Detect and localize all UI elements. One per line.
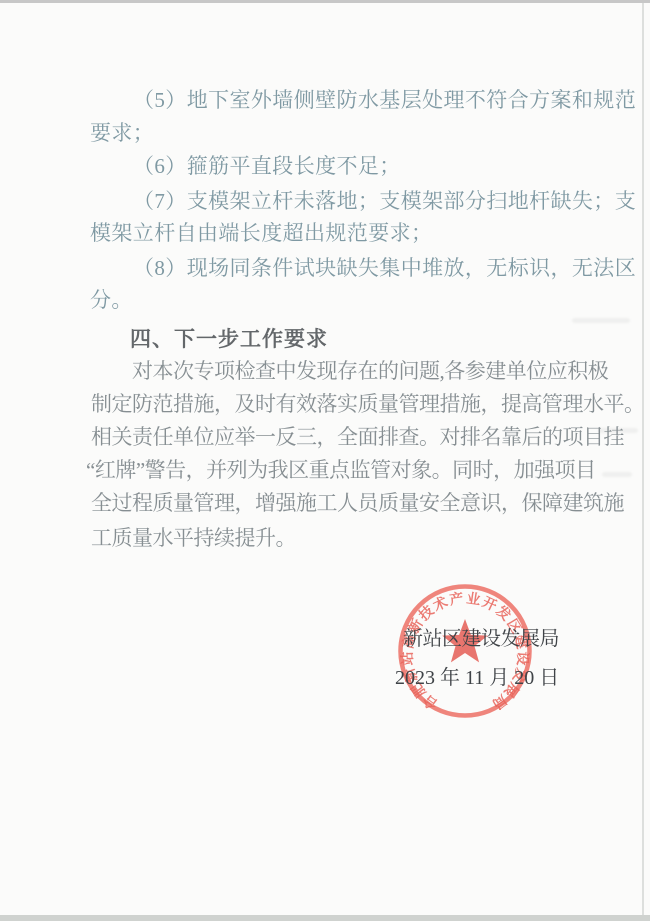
paragraph-line: 工质量水平持续提升。 [91,526,296,550]
scan-right-edge [642,3,644,916]
scan-bottom-edge [0,915,650,921]
finding-item-line: 要求； [90,121,154,145]
svg-text:设: 设 [514,651,532,666]
svg-text:站: 站 [399,651,417,666]
svg-text:产: 产 [448,590,464,609]
scan-top-edge [0,0,650,3]
finding-item-line: （7）支模架立杆未落地；支模架部分扫地杆缺失；支 [133,189,636,213]
paragraph-line: 相关责任单位应举一反三，全面排查。对排名靠后的项目挂 [91,425,624,449]
paragraph-line: “红牌”警告，并列为我区重点监管对象。同时，加强项目 [86,458,596,482]
issuing-authority: 新站区建设发展局 [403,628,559,650]
scan-smudge [602,472,632,477]
finding-item-line: （5）地下室外墙侧壁防水基层处理不符合方案和规范 [133,88,636,112]
svg-text:业: 业 [465,591,481,609]
section-heading: 四、下一步工作要求 [130,327,328,351]
finding-item-line: 分。 [90,288,133,312]
scanned-document-page: { "document": { "findings": [ "（5）地下室外墙侧… [0,0,650,921]
issue-date: 2023 年 11 月 20 日 [395,667,559,689]
official-seal: 合肥新站高新技术产业开发区建设发展局 [365,551,565,751]
finding-item-line: （8）现场同条件试块缺失集中堆放，无标识，无法区 [133,256,636,280]
finding-item-line: （6）箍筋平直段长度不足； [133,154,401,178]
paragraph-line: 对本次专项检查中发现存在的问题,各参建单位应积极 [132,359,608,383]
scan-smudge [572,318,630,323]
finding-item-line: 模架立杆自由端长度超出规范要求； [90,221,432,245]
paragraph-line: 全过程质量管理，增强施工人员质量安全意识，保障建筑施 [91,491,624,515]
paragraph-line: 制定防范措施，及时有效落实质量管理措施，提高管理水平。 [91,392,645,416]
